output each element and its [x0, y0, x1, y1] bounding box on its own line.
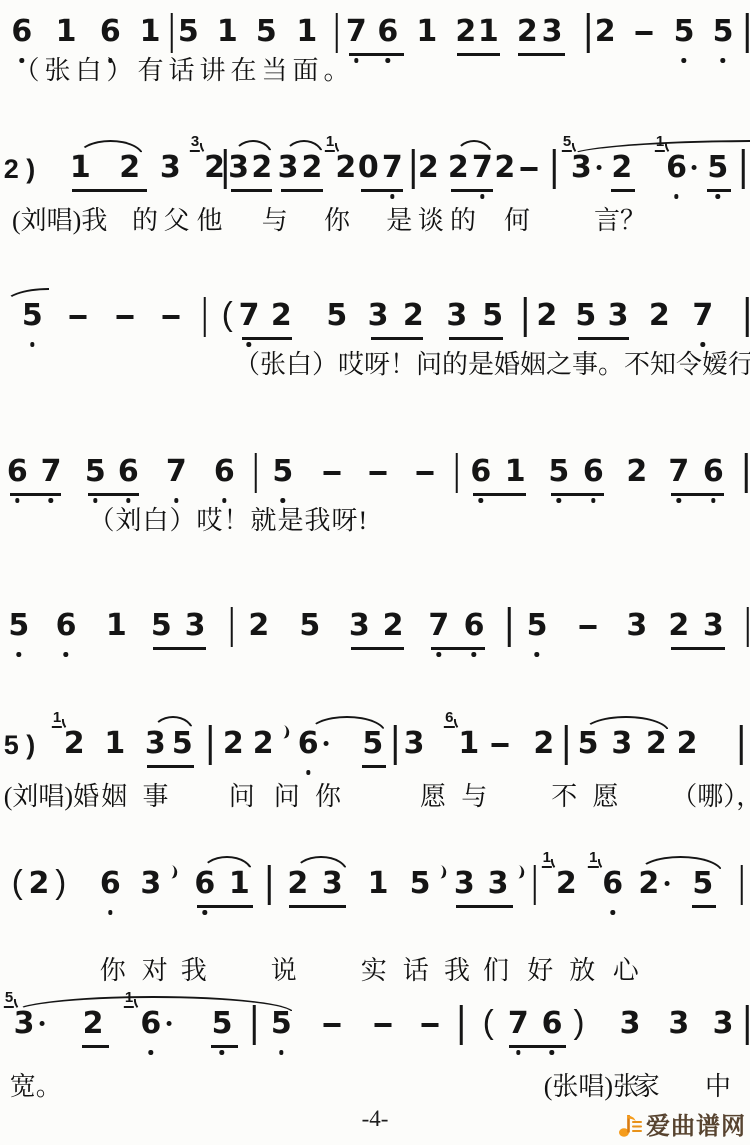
note-digit: 2	[517, 16, 538, 48]
note-digit: 2	[611, 152, 632, 184]
beam-underline	[289, 905, 346, 908]
lyric-segment: 与	[262, 206, 288, 236]
note-digit: 5	[707, 152, 728, 184]
octave-dot	[93, 498, 98, 503]
octave-dot	[222, 498, 227, 503]
lyric-segment: 的	[132, 206, 158, 236]
note-digit: 5	[674, 16, 695, 48]
barline	[746, 1005, 749, 1045]
note-digit: 1	[368, 868, 389, 900]
music-system-8: 5321655(76)333	[0, 996, 750, 1060]
lyric-segment: （哪），	[671, 782, 750, 812]
octave-dot	[535, 652, 540, 657]
note-digit: 7	[382, 152, 403, 184]
duration-dash	[324, 1023, 341, 1027]
note-digit: 3	[140, 868, 161, 900]
augmentation-dot	[597, 165, 602, 170]
note-digit: 6	[140, 1008, 161, 1040]
parenthesis: (	[222, 297, 233, 331]
note-digit: 5	[212, 1008, 233, 1040]
grace-note: 3	[190, 134, 200, 152]
duration-dash	[421, 1023, 438, 1027]
lyric-segment: 我	[181, 956, 207, 986]
note-digit: 6	[583, 456, 604, 488]
beam-underline	[281, 189, 324, 192]
beam-underline	[671, 647, 725, 650]
grace-note: 6	[444, 710, 454, 728]
note-digit: 3	[145, 728, 166, 760]
lyric-segment: 你	[315, 782, 341, 812]
note-digit: 1	[56, 16, 77, 48]
octave-dot	[108, 910, 113, 915]
parenthesis: (	[12, 865, 23, 899]
note-digit: 3	[349, 610, 370, 642]
note-digit: 3	[446, 300, 467, 332]
note-digit: 1	[140, 16, 161, 48]
barline	[587, 13, 590, 53]
note-digit: 1	[296, 16, 317, 48]
beam-underline	[456, 905, 513, 908]
parenthesis: )	[55, 865, 66, 899]
phrase-label: 5 )	[4, 729, 36, 761]
beam-underline	[361, 189, 403, 192]
octave-dot	[557, 498, 562, 503]
note-digit: 7	[472, 152, 493, 184]
note-digit: 2	[251, 152, 272, 184]
note-digit: 2	[335, 152, 356, 184]
barline	[747, 607, 750, 647]
octave-dot	[149, 1050, 154, 1055]
note-digit: 3	[160, 152, 181, 184]
lyric-segment: 们	[483, 956, 509, 986]
octave-dot	[174, 498, 179, 503]
note-digit: 5	[151, 610, 172, 642]
note-digit: 2	[638, 868, 659, 900]
note-digit: 3	[571, 152, 592, 184]
duration-dash	[375, 1023, 392, 1027]
music-system-7: (2)6361231533121625	[0, 856, 750, 920]
octave-dot	[479, 498, 484, 503]
note-digit: 3	[488, 868, 509, 900]
lyric-segment: 问	[274, 782, 300, 812]
note-digit: 7	[508, 1008, 529, 1040]
note-digit: 5	[172, 728, 193, 760]
octave-dot	[203, 910, 208, 915]
beam-underline	[197, 905, 253, 908]
beam-underline	[451, 189, 493, 192]
lyric-segment: (张唱)张	[544, 1072, 639, 1102]
barline	[460, 1005, 463, 1045]
note-digit: 6	[602, 868, 623, 900]
octave-dot	[716, 194, 721, 199]
lyric-segment: 他	[197, 206, 223, 236]
note-digit: 2	[533, 728, 554, 760]
grace-note: 1	[124, 990, 134, 1008]
barline	[209, 725, 212, 765]
note-digit: 3	[668, 1008, 689, 1040]
lyric-segment: 的	[450, 206, 476, 236]
octave-dot	[220, 1050, 225, 1055]
note-digit: 5	[578, 728, 599, 760]
note-digit: 1	[70, 152, 91, 184]
note-digit: 1	[478, 16, 499, 48]
music-note-icon	[617, 1109, 643, 1139]
barline	[746, 13, 749, 53]
note-digit: 1	[217, 16, 238, 48]
octave-dot	[701, 342, 706, 347]
lyric-segment: 愿	[593, 782, 619, 812]
note-digit: 5	[22, 300, 43, 332]
octave-dot	[437, 652, 442, 657]
octave-dot	[15, 498, 20, 503]
octave-dot	[17, 652, 22, 657]
note-digit: 5	[482, 300, 503, 332]
sheet-music-page: 616151517612123255（张白）有话讲在当面。2 )12332323…	[0, 0, 750, 1145]
falling-tone-mark	[163, 864, 179, 880]
augmentation-dot	[692, 165, 697, 170]
lyric-segment: 对	[142, 956, 168, 986]
beam-underline	[82, 1045, 110, 1048]
note-digit: 2	[494, 152, 515, 184]
lyric-segment: 家	[634, 1072, 660, 1102]
beam-underline	[671, 493, 724, 496]
watermark-site-name: 爱曲谱网	[646, 1106, 746, 1141]
note-digit: 3	[278, 152, 299, 184]
lyric-segment: 愿	[420, 782, 446, 812]
note-digit: 5	[299, 610, 320, 642]
grace-digit: 1	[588, 850, 598, 868]
barline	[224, 149, 227, 189]
duration-dash	[324, 471, 341, 475]
octave-dot	[677, 498, 682, 503]
note-digit: 2	[204, 152, 225, 184]
beam-underline	[473, 493, 526, 496]
lyric-segment: 放	[569, 956, 595, 986]
note-digit: 2	[646, 728, 667, 760]
octave-dot	[64, 652, 69, 657]
octave-dot	[711, 498, 716, 503]
barline	[253, 1005, 256, 1045]
phrase-label: 2 )	[4, 153, 36, 185]
lyric-segment: 中	[705, 1072, 731, 1102]
note-digit: 3	[14, 1008, 35, 1040]
barline	[534, 865, 537, 905]
grace-digit: 1	[124, 990, 134, 1008]
note-digit: 6	[100, 16, 121, 48]
octave-dot	[390, 194, 395, 199]
augmentation-dot	[664, 881, 669, 886]
lyrics-row-3: （张白）哎呀！问的是婚姻之事。不知令嫒行几？	[0, 350, 750, 384]
lyric-segment: 你	[324, 206, 350, 236]
grace-digit: 3	[190, 134, 200, 152]
note-digit: 3	[620, 1008, 641, 1040]
barline	[553, 149, 556, 189]
note-digit: 2	[649, 300, 670, 332]
note-digit: 7	[239, 300, 260, 332]
lyric-segment: 话	[403, 956, 429, 986]
note-digit: 2	[64, 728, 85, 760]
note-digit: 5	[272, 456, 293, 488]
note-digit: 5	[575, 300, 596, 332]
beam-underline	[153, 647, 206, 650]
beam-underline	[242, 337, 292, 340]
octave-dot	[281, 498, 286, 503]
note-digit: 3	[703, 610, 724, 642]
beam-underline	[351, 647, 404, 650]
beam-underline	[449, 337, 503, 340]
note-digit: 2	[626, 456, 647, 488]
note-digit: 2	[536, 300, 557, 332]
barline	[742, 149, 745, 189]
lyric-segment: 我	[444, 956, 470, 986]
lyric-segment: 是	[386, 206, 412, 236]
barline	[741, 865, 744, 905]
beam-underline	[578, 337, 628, 340]
grace-digit: 1	[325, 134, 335, 152]
barline	[204, 297, 207, 337]
note-digit: 7	[428, 610, 449, 642]
lyrics-row-1: （张白）有话讲在当面。	[0, 56, 750, 90]
note-digit: 2	[418, 152, 439, 184]
note-digit: 6	[542, 1008, 563, 1040]
note-digit: 5	[178, 16, 199, 48]
duration-dash	[117, 315, 134, 319]
lyrics-row-6: (刘唱)婚姻事问问你愿与不愿（哪），	[0, 782, 750, 816]
grace-note: 1	[52, 710, 62, 728]
lyric-segment: 言？	[594, 206, 646, 236]
music-system-4: 67567656156276	[0, 444, 750, 508]
beam-underline	[211, 1045, 239, 1048]
note-digit: 3	[611, 728, 632, 760]
music-system-3: 5(725323525327	[0, 288, 750, 352]
barline	[746, 297, 749, 337]
beam-underline	[231, 189, 272, 192]
octave-dot	[306, 770, 311, 775]
octave-dot	[480, 194, 485, 199]
lyric-segment: 谈	[418, 206, 444, 236]
octave-dot	[674, 194, 679, 199]
note-digit: 3	[608, 300, 629, 332]
duration-dash	[636, 31, 653, 35]
note-digit: 6	[56, 610, 77, 642]
lyric-segment: 实	[361, 956, 387, 986]
beam-underline	[88, 493, 139, 496]
note-digit: 7	[692, 300, 713, 332]
beam-underline	[147, 765, 194, 768]
note-digit: 2	[287, 868, 308, 900]
note-digit: 1	[416, 16, 437, 48]
note-digit: 1	[229, 868, 250, 900]
barline	[231, 607, 234, 647]
barline	[336, 13, 339, 53]
note-digit: 5	[410, 868, 431, 900]
beam-underline	[371, 337, 424, 340]
note-digit: 2	[668, 610, 689, 642]
note-digit: 5	[713, 16, 734, 48]
note-digit: 2	[677, 728, 698, 760]
note-digit: 2	[556, 868, 577, 900]
note-digit: 6	[464, 610, 485, 642]
augmentation-dot	[324, 741, 329, 746]
lyric-segment: （张白）有话讲在当面。	[14, 56, 355, 86]
beam-underline	[509, 1045, 566, 1048]
note-digit: 7	[166, 456, 187, 488]
lyric-segment: (刘唱)我	[12, 206, 107, 236]
note-digit: 0	[358, 152, 379, 184]
note-digit: 2	[253, 728, 274, 760]
augmentation-dot	[166, 1021, 171, 1026]
note-digit: 3	[185, 610, 206, 642]
parenthesis: (	[483, 1005, 494, 1039]
grace-note: 1	[588, 850, 598, 868]
lyric-segment: 与	[461, 782, 487, 812]
note-digit: 6	[298, 728, 319, 760]
duration-dash	[163, 315, 180, 319]
duration-dash	[520, 167, 537, 171]
lyric-segment: 你	[100, 956, 126, 986]
note-digit: 6	[100, 868, 121, 900]
duration-dash	[370, 471, 387, 475]
lyric-segment: 宽。	[10, 1072, 62, 1102]
note-digit: 3	[228, 152, 249, 184]
note-digit: 6	[194, 868, 215, 900]
falling-tone-mark	[275, 724, 291, 740]
octave-dot	[126, 498, 131, 503]
note-digit: 2	[29, 868, 50, 900]
note-digit: 2	[455, 16, 476, 48]
falling-tone-mark	[510, 864, 526, 880]
note-digit: 5	[8, 610, 29, 642]
beam-underline	[72, 189, 147, 192]
note-digit: 6	[666, 152, 687, 184]
note-digit: 6	[7, 456, 28, 488]
note-digit: 5	[362, 728, 383, 760]
lyric-segment: 问	[229, 782, 255, 812]
octave-dot	[516, 1050, 521, 1055]
note-digit: 5	[692, 868, 713, 900]
falling-tone-mark	[432, 864, 448, 880]
barline	[745, 453, 748, 493]
note-digit: 5	[326, 300, 347, 332]
lyric-segment: 父	[163, 206, 189, 236]
note-digit: 2	[383, 610, 404, 642]
grace-note: 1	[542, 850, 552, 868]
note-digit: 2	[403, 300, 424, 332]
grace-digit: 6	[444, 710, 454, 728]
note-digit: 6	[214, 456, 235, 488]
barline	[254, 453, 257, 493]
note-digit: 6	[11, 16, 32, 48]
music-system-5: 561532532765323	[0, 598, 750, 662]
octave-dot	[610, 910, 615, 915]
lyric-segment: 何	[504, 206, 530, 236]
barline	[508, 607, 511, 647]
grace-digit: 1	[542, 850, 552, 868]
note-digit: 2	[595, 16, 616, 48]
note-digit: 5	[271, 1008, 292, 1040]
note-digit: 2	[271, 300, 292, 332]
note-digit: 6	[118, 456, 139, 488]
note-digit: 2	[119, 152, 140, 184]
grace-digit: 1	[655, 134, 665, 152]
octave-dot	[30, 342, 35, 347]
lyric-segment: 心	[613, 956, 639, 986]
note-digit: 1	[104, 728, 125, 760]
grace-digit: 1	[52, 710, 62, 728]
note-digit: 6	[703, 456, 724, 488]
note-digit: 7	[41, 456, 62, 488]
music-system-2: 2 )12332323212072272532165	[0, 140, 750, 204]
lyric-segment: （张白）哎呀！问的是婚姻之事。不知令嫒行几？	[234, 350, 750, 380]
parenthesis: )	[573, 1005, 584, 1039]
lyrics-row-7: 你对我说实话我们好放心	[0, 956, 750, 990]
note-digit: 2	[448, 152, 469, 184]
note-digit: 3	[368, 300, 389, 332]
lyric-segment: 姻	[101, 782, 127, 812]
note-digit: 2	[83, 1008, 104, 1040]
octave-dot	[472, 652, 477, 657]
beam-underline	[10, 493, 62, 496]
grace-note: 1	[655, 134, 665, 152]
barline	[740, 725, 743, 765]
beam-underline	[431, 647, 486, 650]
lyric-segment: 说	[271, 956, 297, 986]
lyrics-row-2: (刘唱)我的父他与你是谈的何言？	[0, 206, 750, 240]
note-digit: 1	[106, 610, 127, 642]
note-digit: 3	[626, 610, 647, 642]
lyrics-row-8: 宽。(张唱)张家中	[0, 1072, 750, 1106]
octave-dot	[550, 1050, 555, 1055]
note-digit: 3	[404, 728, 425, 760]
note-digit: 2	[248, 610, 269, 642]
beam-underline	[362, 765, 387, 768]
note-digit: 5	[527, 610, 548, 642]
note-digit: 3	[542, 16, 563, 48]
note-digit: 7	[346, 16, 367, 48]
note-digit: 6	[377, 16, 398, 48]
note-digit: 5	[256, 16, 277, 48]
octave-dot	[49, 498, 54, 503]
lyric-segment: （刘白）哎！就是我呀!	[89, 506, 369, 536]
lyric-segment: 好	[527, 956, 553, 986]
beam-underline	[551, 493, 604, 496]
note-digit: 5	[85, 456, 106, 488]
duration-dash	[492, 743, 509, 747]
lyric-segment: 事	[143, 782, 169, 812]
octave-dot	[591, 498, 596, 503]
note-digit: 2	[302, 152, 323, 184]
note-digit: 3	[713, 1008, 734, 1040]
octave-dot	[279, 1050, 284, 1055]
beam-underline	[692, 905, 717, 908]
barline	[565, 725, 568, 765]
barline	[171, 13, 174, 53]
barline	[456, 453, 459, 493]
note-digit: 1	[458, 728, 479, 760]
lyric-segment: (刘唱)婚	[4, 782, 99, 812]
lyric-segment: 不	[551, 782, 577, 812]
augmentation-dot	[39, 1021, 44, 1026]
note-digit: 2	[223, 728, 244, 760]
grace-note: 1	[325, 134, 335, 152]
barline	[412, 149, 415, 189]
beam-underline	[707, 189, 730, 192]
note-digit: 5	[548, 456, 569, 488]
duration-dash	[69, 315, 86, 319]
note-digit: 7	[668, 456, 689, 488]
watermark: 爱曲谱网	[617, 1106, 746, 1141]
note-digit: 3	[322, 868, 343, 900]
